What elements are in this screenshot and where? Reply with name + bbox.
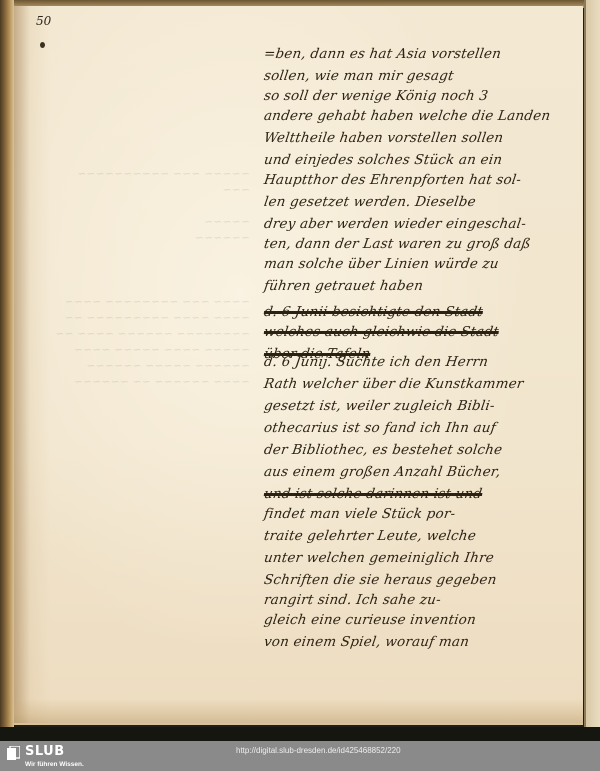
book-binding-left: [0, 0, 14, 741]
facing-page-edge: [586, 0, 600, 730]
slub-logo-name[interactable]: SLUB: [25, 744, 65, 759]
slub-tagline: Wir führen Wissen.: [25, 761, 84, 768]
manuscript-line: Welttheile haben vorstellen sollen: [263, 130, 504, 146]
manuscript-line: führen getrauet haben: [263, 278, 424, 294]
manuscript-line: Hauptthor des Ehrenpforten hat sol-: [263, 172, 522, 188]
slub-book-icon: [7, 746, 20, 760]
manuscript-line: der Bibliothec, es bestehet solche: [263, 442, 504, 458]
manuscript-line: rangirt sind. Ich sahe zu-: [263, 592, 442, 608]
scan-background-bottom: [0, 727, 600, 741]
manuscript-line: Rath welcher über die Kunstkammer: [263, 376, 525, 392]
struck-manuscript-line: und ist solche darinnen ist und: [263, 486, 483, 502]
manuscript-line: othecarius ist so fand ich Ihn auf: [263, 420, 497, 436]
manuscript-line: =ben, dann es hat Asia vorstellen: [263, 46, 502, 62]
manuscript-scan: 50 ~~~~~ ~~~ ~~~~~~~~~~ ~~~~~~~~~~~~~~~~…: [0, 0, 600, 741]
ink-mark: [40, 42, 45, 48]
page-bottom-stain: [10, 699, 583, 723]
manuscript-line: andere gehabt haben welche die Landen: [263, 108, 552, 124]
manuscript-line: man solche über Linien würde zu: [263, 256, 500, 272]
permalink-url[interactable]: http://digital.slub-dresden.de/id4254688…: [236, 746, 401, 755]
manuscript-line: gleich eine curieuse invention: [263, 612, 477, 628]
manuscript-line: unter welchen gemeiniglich Ihre: [263, 550, 495, 566]
folio-number: 50: [36, 14, 51, 28]
manuscript-line: aus einem großen Anzahl Bücher,: [263, 464, 502, 480]
bleed-through-text: ~~~~~ ~~~ ~~~~~~~~~~ ~~~~~~~~~~~~~~~~~~ …: [50, 166, 250, 426]
manuscript-line: len gesetzet werden. Dieselbe: [263, 194, 477, 210]
manuscript-line: von einem Spiel, worauf man: [263, 634, 470, 650]
manuscript-line: traite gelehrter Leute, welche: [263, 528, 477, 544]
manuscript-line: Schriften die sie heraus gegeben: [263, 572, 498, 588]
slub-footer: SLUB Wir führen Wissen. http://digital.s…: [0, 741, 600, 771]
struck-manuscript-line: welches auch gleichwie die Stadt: [263, 324, 500, 340]
manuscript-line: und einjedes solches Stück an ein: [263, 152, 503, 168]
manuscript-page: 50 ~~~~~ ~~~ ~~~~~~~~~~ ~~~~~~~~~~~~~~~~…: [10, 6, 583, 725]
manuscript-line: findet man viele Stück por-: [263, 506, 457, 522]
manuscript-line: sollen, wie man mir gesagt: [263, 68, 455, 84]
manuscript-line: ten, dann der Last waren zu groß daß: [263, 236, 532, 252]
page-binding-shadow: [10, 6, 50, 723]
manuscript-line: so soll der wenige König noch 3: [263, 88, 489, 104]
manuscript-line: drey aber werden wieder eingeschal-: [263, 216, 527, 232]
manuscript-line: gesetzt ist, weiler zugleich Bibli-: [263, 398, 496, 414]
manuscript-line: d. 6 Junij. Suchte ich den Herrn: [263, 354, 489, 370]
struck-manuscript-line: d. 6 Junii besichtigte den Stadt: [263, 304, 484, 320]
